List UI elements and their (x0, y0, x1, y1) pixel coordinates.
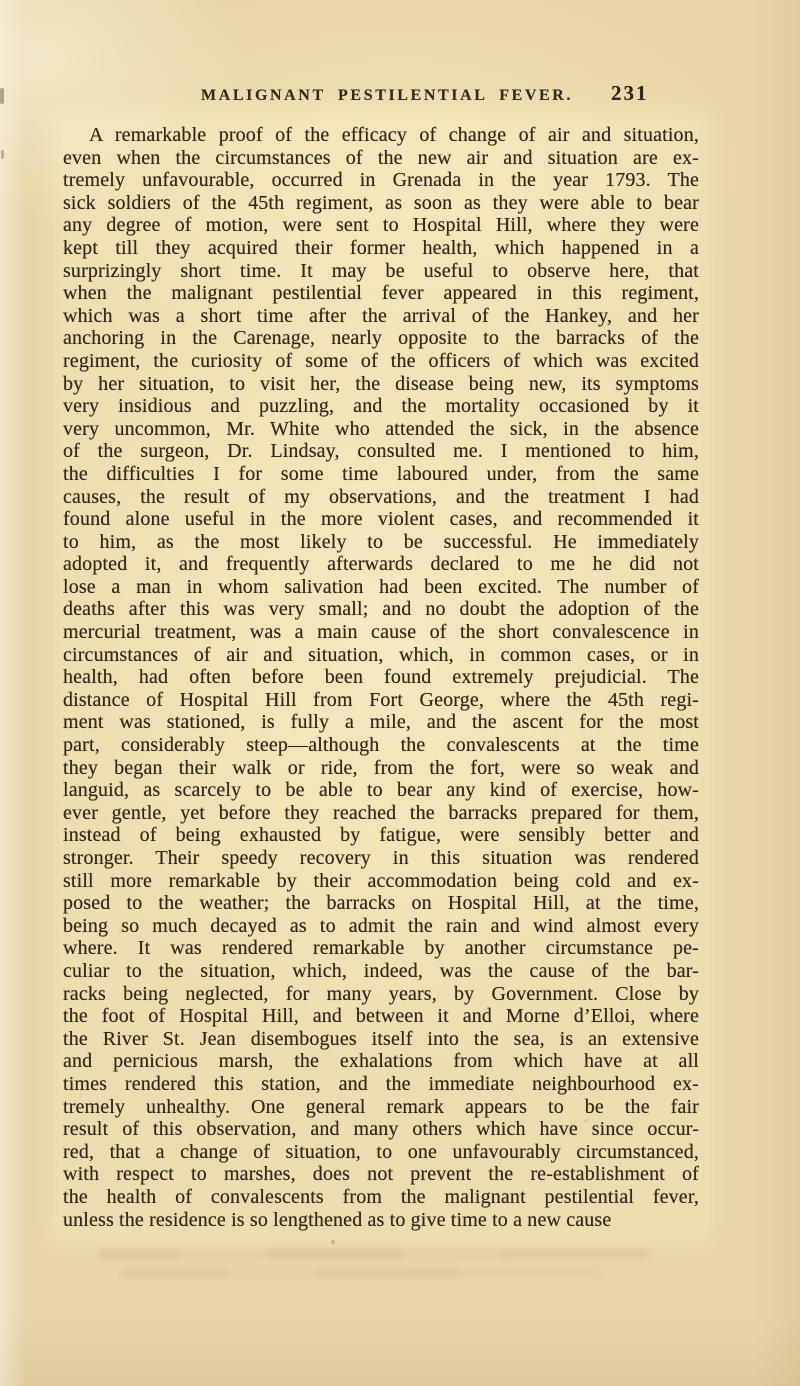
text-line: stronger. Their speedy recovery in this … (63, 847, 699, 870)
text-line: distance of Hospital Hill from Fort Geor… (63, 689, 699, 712)
text-line: kept till they acquired their former hea… (63, 237, 699, 260)
text-line: culiar to the situation, which, indeed, … (63, 960, 699, 983)
text-line: unless the residence is so lengthened as… (63, 1209, 699, 1232)
text-line: part, considerably steep—although the co… (63, 734, 699, 757)
text-line: regiment, the curiosity of some of the o… (63, 350, 699, 373)
text-line: which was a short time after the arrival… (63, 305, 699, 328)
text-line: adopted it, and frequently afterwards de… (63, 553, 699, 576)
text-line: sick soldiers of the 45th regiment, as s… (63, 192, 699, 215)
text-line: found alone useful in the more violent c… (63, 508, 699, 531)
text-line: causes, the result of my observations, a… (63, 486, 699, 509)
text-line: surprizingly short time. It may be usefu… (63, 260, 699, 283)
text-line: of the surgeon, Dr. Lindsay, consulted m… (63, 440, 699, 463)
text-line: by her situation, to visit her, the dise… (63, 373, 699, 396)
show-through-text (74, 1246, 674, 1290)
text-line: languid, as scarcely to be able to bear … (63, 779, 699, 802)
text-line: the River St. Jean disembogues itself in… (63, 1028, 699, 1051)
paragraph: A remarkable proof of the efficacy of ch… (63, 124, 699, 1231)
text-line: red, that a change of situation, to one … (63, 1141, 699, 1164)
text-line: racks being neglected, for many years, b… (63, 983, 699, 1006)
text-line: to him, as the most likely to be success… (63, 531, 699, 554)
text-line: mercurial treatment, was a main cause of… (63, 621, 699, 644)
text-line: times rendered this station, and the imm… (63, 1073, 699, 1096)
text-line: result of this observation, and many oth… (63, 1118, 699, 1141)
page-number: 231 (611, 81, 649, 106)
paper-specks (0, 0, 2, 2)
text-line: health, had often before been found extr… (63, 666, 699, 689)
text-line: ever gentle, yet before they reached the… (63, 802, 699, 825)
text-line: very uncommon, Mr. White who attended th… (63, 418, 699, 441)
text-line: they began their walk or ride, from the … (63, 757, 699, 780)
text-line: tremely unfavourable, occurred in Grenad… (63, 169, 699, 192)
text-line: the difficulties I for some time laboure… (63, 463, 699, 486)
text-line: the foot of Hospital Hill, and between i… (63, 1005, 699, 1028)
text-line: lose a man in whom salivation had been e… (63, 576, 699, 599)
text-line: any degree of motion, were sent to Hospi… (63, 214, 699, 237)
text-line: even when the circumstances of the new a… (63, 147, 699, 170)
text-line: being so much decayed as to admit the ra… (63, 915, 699, 938)
text-line: the health of convalescents from the mal… (63, 1186, 699, 1209)
text-line: instead of being exhausted by fatigue, w… (63, 824, 699, 847)
running-header: MALIGNANT PESTILENTIAL FEVER. 231 (0, 84, 800, 110)
text-line: very insidious and puzzling, and the mor… (63, 395, 699, 418)
text-line: deaths after this was very small; and no… (63, 598, 699, 621)
text-line: when the malignant pestilential fever ap… (63, 282, 699, 305)
text-line: where. It was rendered remarkable by ano… (63, 937, 699, 960)
text-line: with respect to marshes, does not preven… (63, 1163, 699, 1186)
text-line: and pernicious marsh, the exhalations fr… (63, 1050, 699, 1073)
running-header-title: MALIGNANT PESTILENTIAL FEVER. (201, 87, 573, 105)
text-line: still more remarkable by their accommoda… (63, 870, 699, 893)
scanned-book-page: MALIGNANT PESTILENTIAL FEVER. 231 A rema… (0, 0, 800, 1386)
text-line: posed to the weather; the barracks on Ho… (63, 892, 699, 915)
text-line: anchoring in the Carenage, nearly opposi… (63, 327, 699, 350)
text-line: ment was stationed, is fully a mile, and… (63, 711, 699, 734)
text-line: tremely unhealthy. One general remark ap… (63, 1096, 699, 1119)
text-line: A remarkable proof of the efficacy of ch… (63, 124, 699, 147)
text-line: circumstances of air and situation, whic… (63, 644, 699, 667)
